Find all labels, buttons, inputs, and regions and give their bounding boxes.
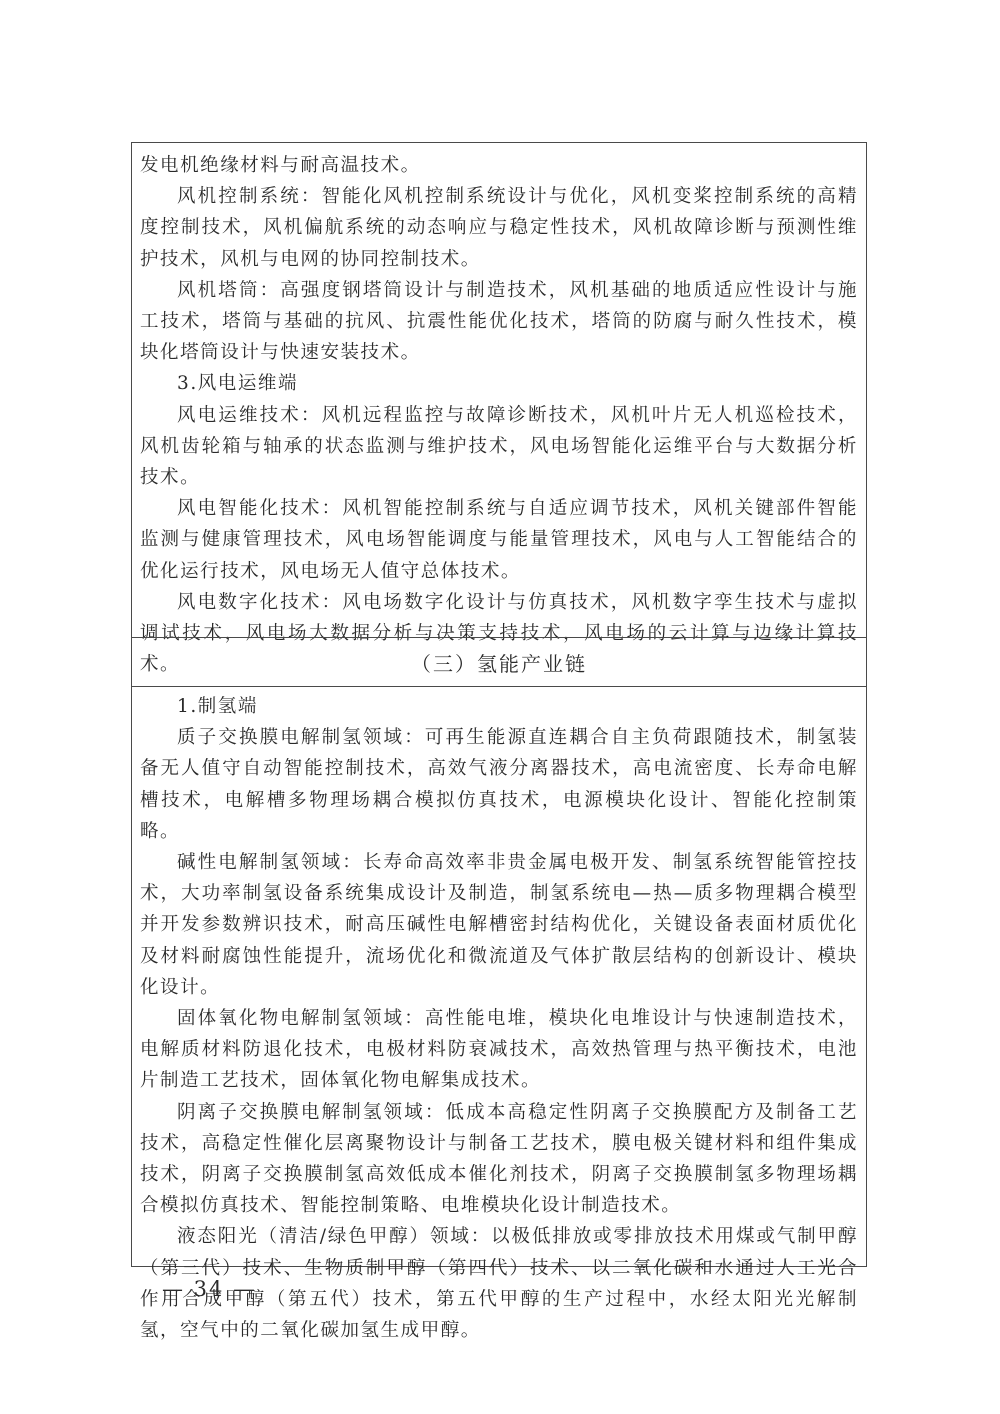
paragraph: 碱性电解制氢领域：长寿命高效率非贵金属电极开发、制氢系统智能管控技术，大功率制氢… — [140, 847, 858, 1003]
page-number: — 34 — — [162, 1277, 256, 1301]
paragraph: 风机塔筒：高强度钢塔筒设计与制造技术，风机基础的地质适应性设计与施工技术，塔筒与… — [140, 275, 858, 369]
subsection-heading: 3.风电运维端 — [140, 368, 858, 399]
section-title-cell: （三）氢能产业链 — [132, 637, 866, 687]
paragraph: 质子交换膜电解制氢领域：可再生能源直连耦合自主负荷跟随技术，制氢装备无人值守自动… — [140, 722, 858, 847]
subsection-heading: 1.制氢端 — [140, 691, 858, 722]
paragraph: 阴离子交换膜电解制氢领域：低成本高稳定性阴离子交换膜配方及制备工艺技术，高稳定性… — [140, 1097, 858, 1222]
paragraph: 风电运维技术：风机远程监控与故障诊断技术，风机叶片无人机巡检技术，风机齿轮箱与轴… — [140, 400, 858, 494]
content-table: 发电机绝缘材料与耐高温技术。 风机控制系统：智能化风机控制系统设计与优化，风机变… — [131, 142, 867, 1267]
paragraph: 风电智能化技术：风机智能控制系统与自适应调节技术，风机关键部件智能监测与健康管理… — [140, 493, 858, 587]
paragraph: 风机控制系统：智能化风机控制系统设计与优化，风机变桨控制系统的高精度控制技术，风… — [140, 181, 858, 275]
paragraph: 固体氧化物电解制氢领域：高性能电堆，模块化电堆设计与快速制造技术，电解质材料防退… — [140, 1003, 858, 1097]
wind-power-cell: 发电机绝缘材料与耐高温技术。 风机控制系统：智能化风机控制系统设计与优化，风机变… — [132, 143, 866, 637]
section-title: （三）氢能产业链 — [411, 648, 587, 677]
hydrogen-cell: 1.制氢端 质子交换膜电解制氢领域：可再生能源直连耦合自主负荷跟随技术，制氢装备… — [132, 687, 866, 1266]
paragraph: 发电机绝缘材料与耐高温技术。 — [140, 150, 858, 181]
